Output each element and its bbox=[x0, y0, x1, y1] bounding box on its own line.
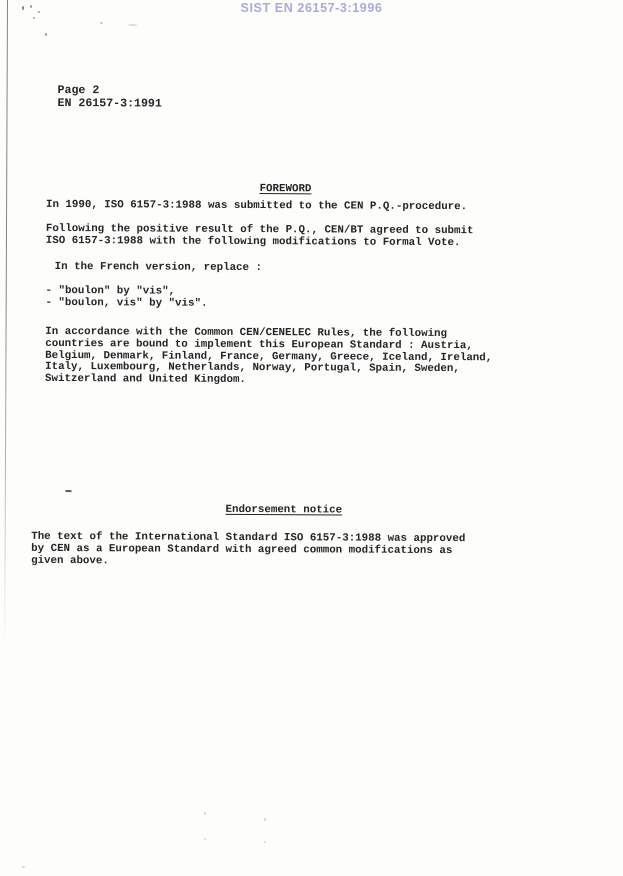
document-content: Page 2EN 26157-3:1991 FOREWORD In 1990, … bbox=[0, 0, 623, 876]
page-header: Page 2EN 26157-3:1991 bbox=[57, 84, 162, 111]
scanned-document-page: SIST EN 26157-3:1996 Page 2EN 26157-3:19… bbox=[0, 0, 623, 876]
foreword-heading-text: FOREWORD bbox=[260, 183, 312, 195]
standard-reference: EN 26157-3:1991 bbox=[57, 97, 161, 111]
foreword-paragraph-submission: In 1990, ISO 6157-3:1988 was submitted t… bbox=[46, 200, 467, 214]
endorsement-heading-text: Endorsement notice bbox=[225, 504, 342, 517]
page-number-label: Page 2 bbox=[58, 84, 100, 97]
endorsement-paragraph: The text of the International Standard I… bbox=[31, 532, 465, 570]
foreword-paragraph-countries: In accordance with the Common CEN/CENELE… bbox=[45, 327, 492, 388]
foreword-paragraph-french-version: In the French version, replace : bbox=[55, 262, 262, 275]
foreword-paragraph-formal-vote: Following the positive result of the P.Q… bbox=[46, 224, 474, 250]
foreword-list-replacements: - "boulon" by "vis", - "boulon, vis" by … bbox=[45, 286, 207, 310]
endorsement-section-heading: Endorsement notice bbox=[44, 492, 484, 530]
